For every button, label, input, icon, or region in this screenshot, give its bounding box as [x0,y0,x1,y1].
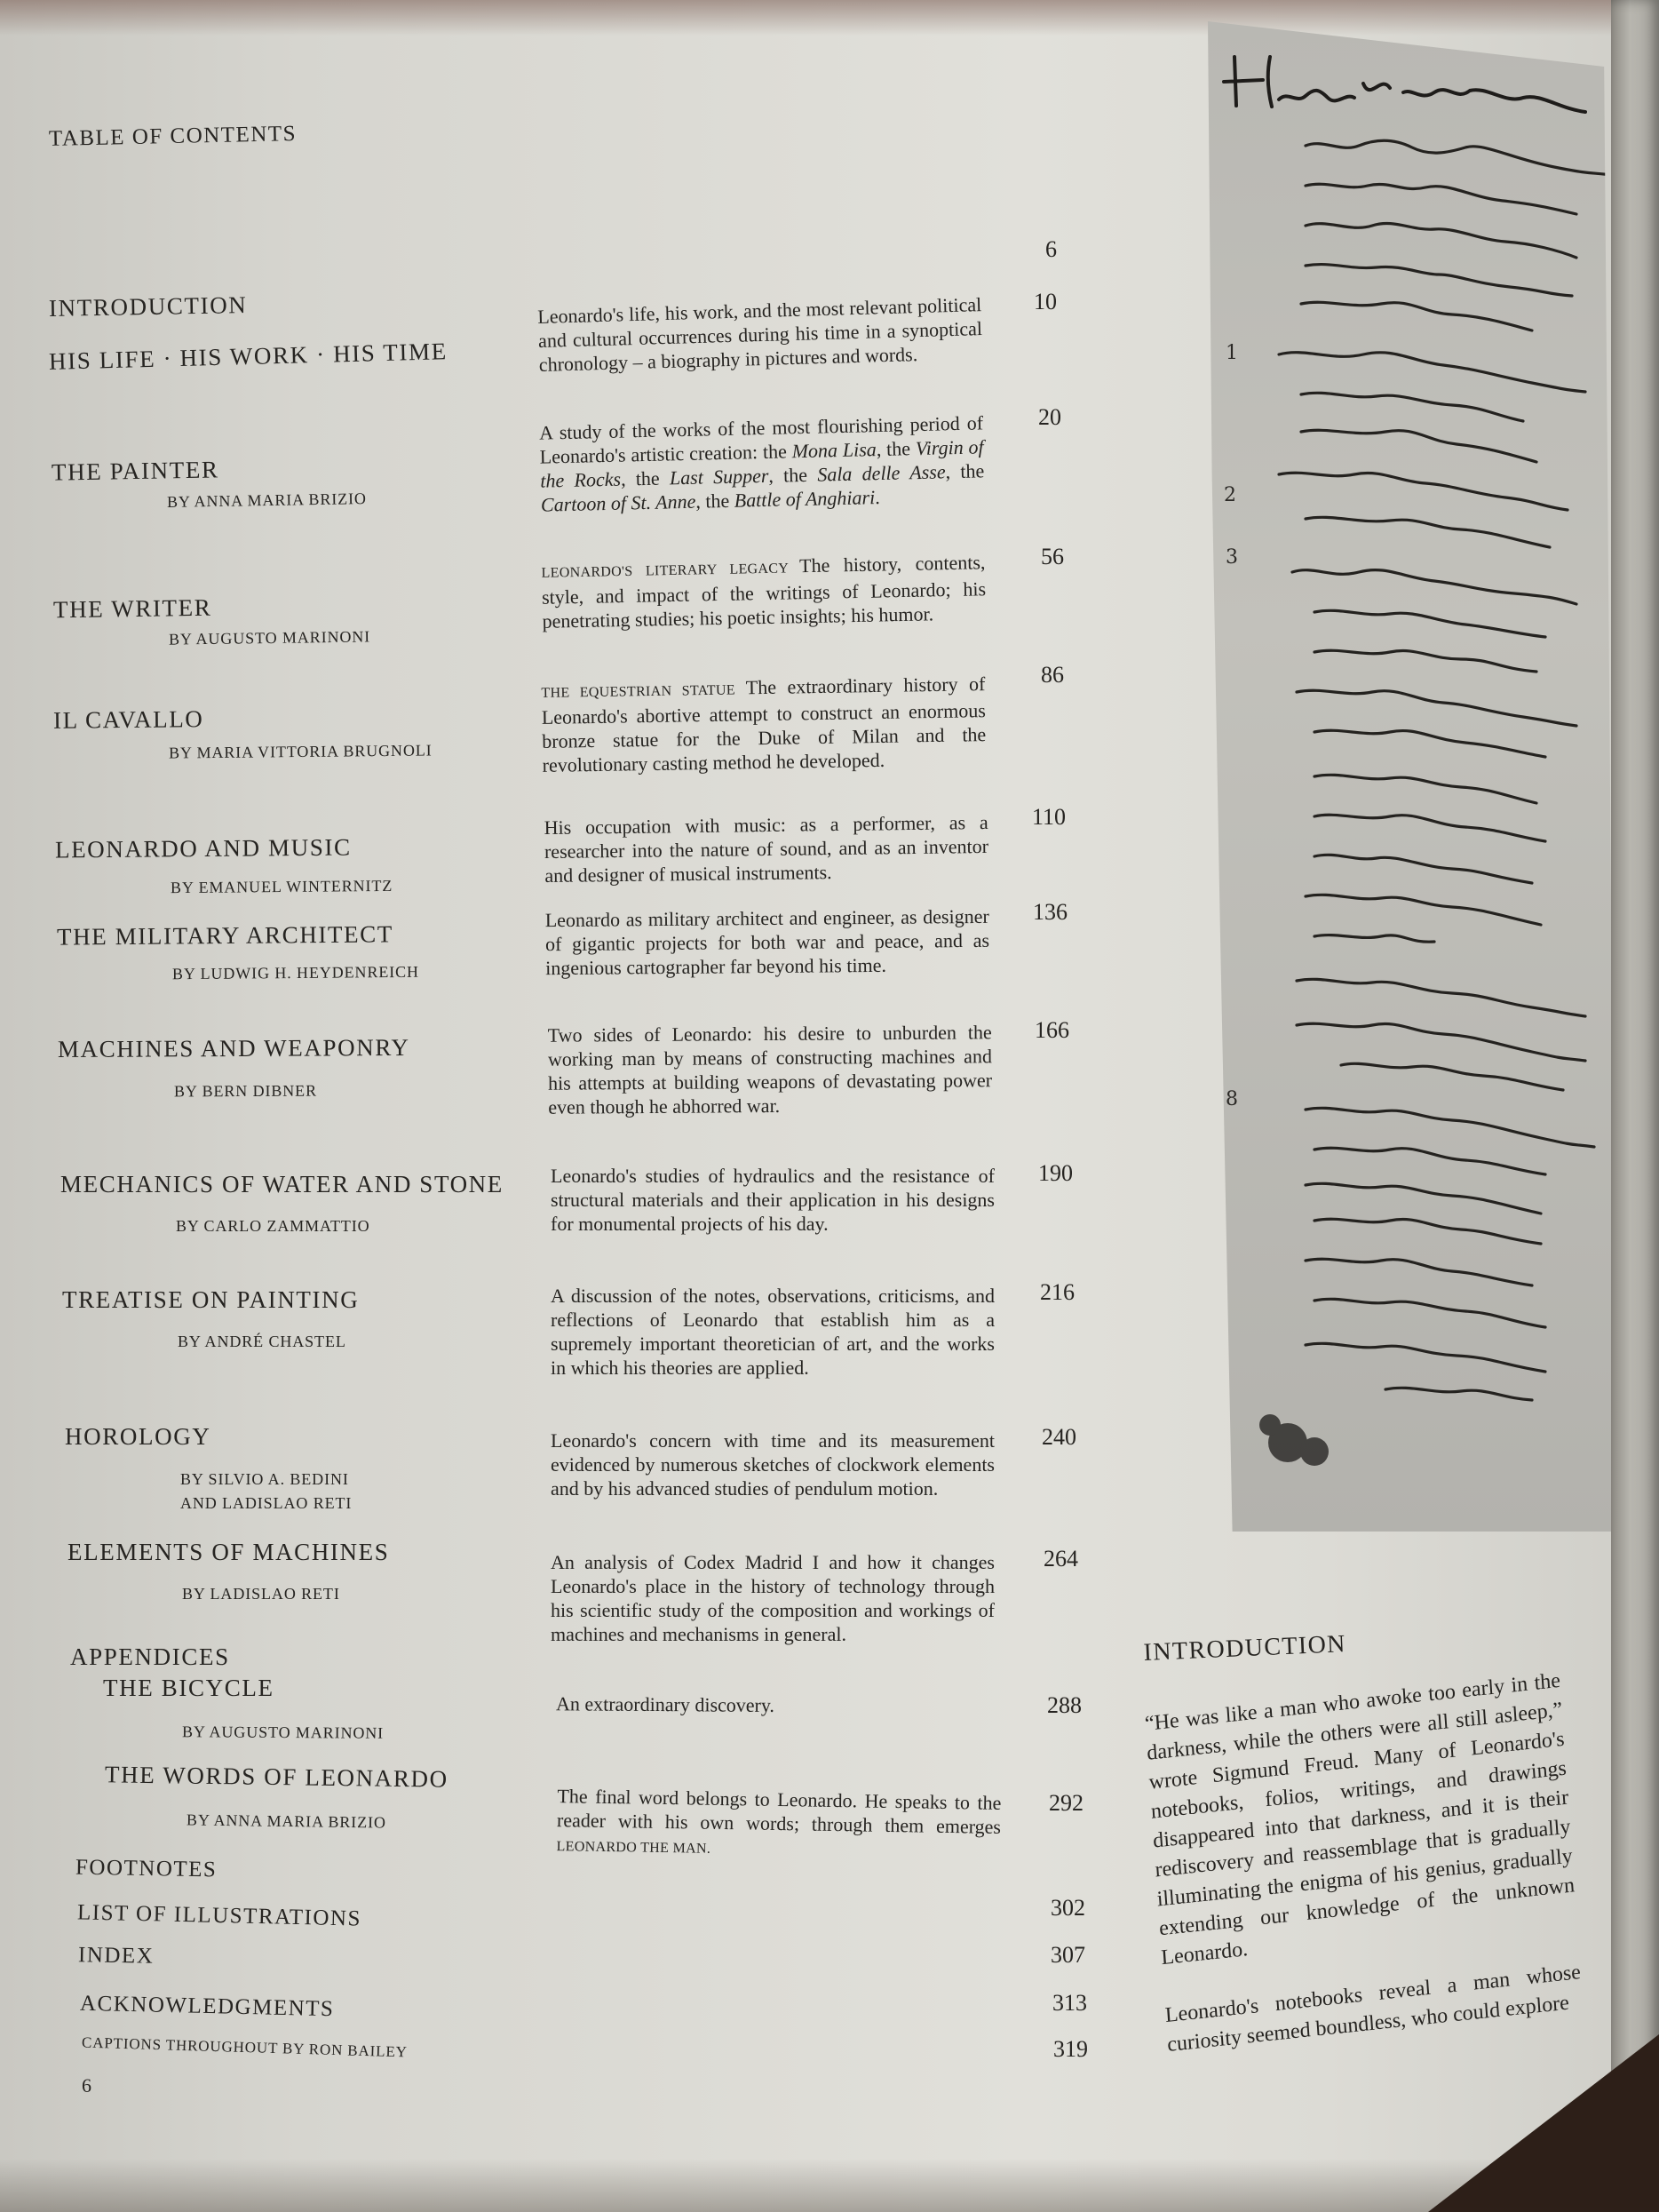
entry-desc-il-cavallo: THE EQUESTRIAN STATUEThe extraordinary h… [541,672,987,777]
entry-author-writer: BY AUGUSTO MARINONI [169,627,370,648]
entry-title-machines-weaponry: MACHINES AND WEAPONRY [58,1034,410,1063]
script-lines [1279,140,1616,1400]
entry-desc-introduction: Leonardo's life, his work, and the most … [537,292,983,377]
margin-numerals: 1 2 3 8 [1224,342,1238,1110]
folio-page-number: 6 [82,2074,91,2097]
entry-desc-music: His occupation with music: as a performe… [544,810,989,887]
page-ref-words: 292 [1021,1790,1084,1817]
page-ref-writer: 56 [1002,544,1064,570]
entry-desc-words: The final word belongs to Leonardo. He s… [556,1784,1001,1866]
page-ref-index: 307 [1023,1942,1085,1969]
entry-desc-treatise: A discussion of the notes, observations,… [551,1284,995,1380]
entry-title-treatise: TREATISE ON PAINTING [62,1286,359,1314]
page-ref-il-cavallo: 86 [1002,662,1064,688]
entry-author-machines-weaponry: BY BERN DIBNER [174,1082,317,1102]
entry-author-treatise: BY ANDRÉ CHASTEL [178,1333,346,1351]
entry-title-il-cavallo: IL CAVALLO [53,705,204,735]
top-shadow [0,0,1659,36]
ink-blots [1259,1414,1329,1466]
entry-author2-horology: AND LADISLAO RETI [180,1494,352,1513]
page-ref-introduction: 10 [995,289,1057,315]
page-ref-preface: 6 [995,236,1057,263]
introduction-paragraph-1: “He was like a man who awoke too early i… [1144,1667,1577,1973]
entry-desc-military-architect: Leonardo as military architect and engin… [545,904,990,980]
entry-author-bicycle: BY AUGUSTO MARINONI [182,1723,384,1743]
introduction-body: “He was like a man who awoke too early i… [1144,1667,1585,2089]
entry-title-appendices: APPENDICES [70,1643,230,1671]
page-ref-elements: 264 [1016,1546,1078,1572]
manuscript-facsimile-image: 1 2 3 8 [1208,21,1616,1532]
entry-author-il-cavallo: BY MARIA VITTORIA BRUGNOLI [169,741,433,762]
entry-desc-mechanics: Leonardo's studies of hydraulics and the… [551,1164,995,1236]
handwriting-strokes: 1 2 3 8 [1208,21,1616,1532]
entry-author-horology: BY SILVIO A. BEDINI [180,1470,349,1489]
entry-title-words: THE WORDS OF LEONARDO [105,1761,448,1793]
entry-subtitle-bicycle: THE BICYCLE [103,1675,274,1702]
page-ref-machines-weaponry: 166 [1007,1017,1069,1044]
entry-title-writer: THE WRITER [53,594,212,624]
entry-label-il-cavallo: THE EQUESTRIAN STATUE [541,683,735,701]
page-ref-horology: 240 [1014,1424,1076,1451]
adjacent-page-edge [1611,0,1659,2212]
entry-desc-writer: LEONARDO'S LITERARY LEGACYThe history, c… [541,550,987,633]
page-ref-music: 110 [1004,804,1066,831]
page-ref-painter: 20 [999,404,1061,431]
entry-title-index: INDEX [78,1943,155,1969]
page-ref-acknowledgments: 313 [1025,1990,1087,2017]
bottom-shadow [0,2159,1659,2212]
page-ref-bicycle: 288 [1020,1692,1082,1719]
page-ref-captions: 319 [1026,2036,1088,2063]
page-ref-military-architect: 136 [1005,899,1068,926]
svg-text:8: 8 [1226,1088,1238,1110]
entry-author-military-architect: BY LUDWIG H. HEYDENREICH [172,963,419,983]
page-ref-mechanics: 190 [1011,1160,1073,1187]
entry-author-music: BY EMANUEL WINTERNITZ [171,877,393,897]
entry-author-words: BY ANNA MARIA BRIZIO [187,1810,386,1832]
entry-author-painter: BY ANNA MARIA BRIZIO [167,489,367,512]
entry-author-mechanics: BY CARLO ZAMMATTIO [176,1217,370,1236]
entry-desc-bicycle: An extraordinary discovery. [556,1691,1000,1718]
entry-title-music: LEONARDO AND MUSIC [55,834,352,864]
entry-title-elements: ELEMENTS OF MACHINES [67,1539,389,1566]
svg-text:3: 3 [1226,546,1238,569]
toc-title: TABLE OF CONTENTS [49,122,298,152]
entry-desc-elements: An analysis of Codex Madrid I and how it… [551,1550,995,1646]
entry-title-footnotes: FOOTNOTES [75,1856,218,1883]
entry-title-mechanics: MECHANICS OF WATER AND STONE [60,1171,504,1198]
entry-title-military-architect: THE MILITARY ARCHITECT [57,920,393,951]
introduction-paragraph-2: Leonardo's notebooks reveal a man whose … [1164,1958,1584,2060]
svg-text:1: 1 [1226,342,1238,364]
entry-desc-horology: Leonardo's concern with time and its mea… [551,1428,995,1500]
entry-title-introduction: INTRODUCTION [49,291,248,322]
entry-title-horology: HOROLOGY [65,1423,210,1451]
page-ref-treatise: 216 [1012,1279,1075,1306]
entry-desc-machines-weaponry: Two sides of Leonardo: his desire to unb… [548,1020,993,1118]
entry-title-painter: THE PAINTER [52,456,219,486]
entry-label-writer: LEONARDO'S LITERARY LEGACY [541,561,789,580]
entry-author-elements: BY LADISLAO RETI [182,1585,340,1603]
page-ref-illustrations: 302 [1023,1895,1085,1922]
svg-text:2: 2 [1224,484,1236,506]
entry-desc-painter: A study of the works of the most flouris… [539,410,985,516]
